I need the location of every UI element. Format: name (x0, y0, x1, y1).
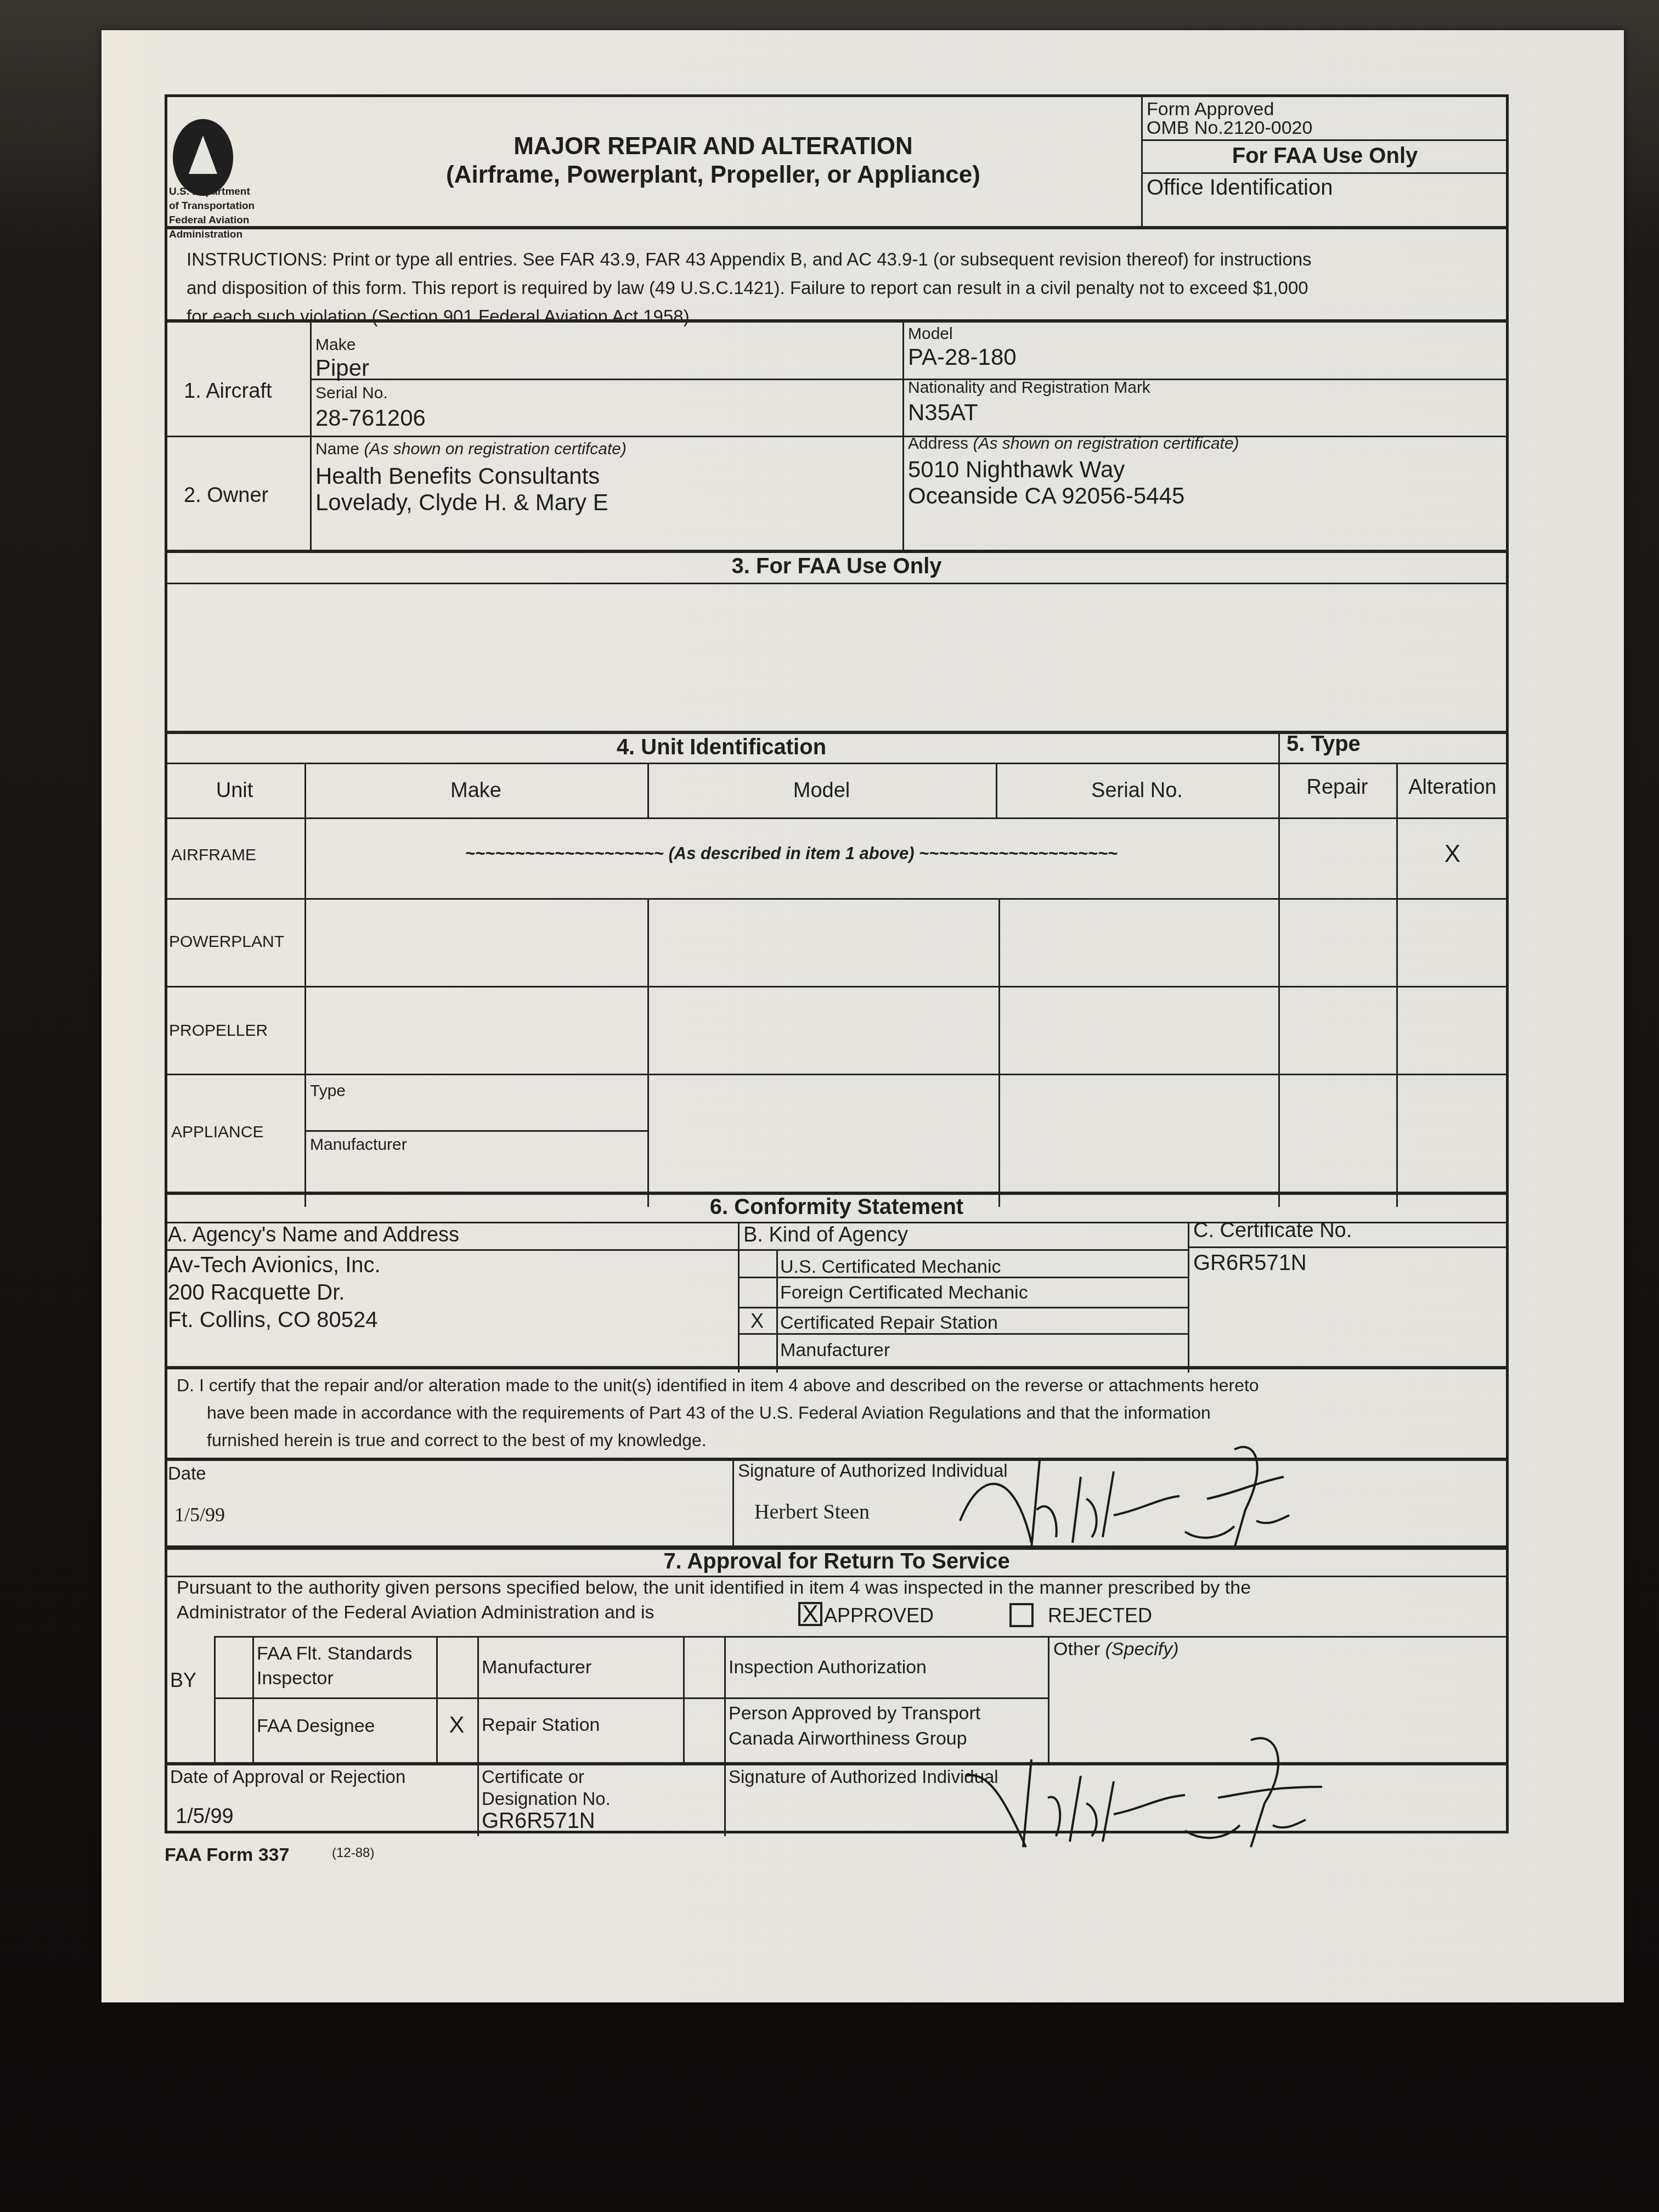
agency-name: U.S. Department of Transportation Federa… (169, 185, 255, 242)
kind-us-mechanic-label: U.S. Certificated Mechanic (780, 1256, 1001, 1278)
conformity-title: 6. Conformity Statement (165, 1195, 1509, 1220)
agency-name-line1[interactable]: Av-Tech Avionics, Inc. (168, 1253, 381, 1278)
approval-signature-icon[interactable] (966, 1732, 1459, 1853)
unit-appliance-label: APPLIANCE (171, 1123, 263, 1142)
owner-name-label-note: (As shown on registration certifcate) (364, 440, 627, 458)
col-header-unit: Unit (165, 779, 304, 803)
unit-propeller-label: PROPELLER (169, 1022, 268, 1040)
appliance-model-field[interactable] (650, 1076, 996, 1205)
owner-section-label: 2. Owner (184, 484, 268, 507)
approved-checkbox[interactable]: X (798, 1602, 822, 1626)
faa-use-only-section-title: 3. For FAA Use Only (165, 554, 1509, 579)
instructions: INSTRUCTIONS: Print or type all entries.… (187, 245, 1481, 331)
registration-field[interactable]: N35AT (908, 399, 978, 426)
approval-date-label: Date of Approval or Rejection (170, 1767, 405, 1787)
make-field[interactable]: Piper (315, 355, 369, 381)
office-identification-label: Office Identification (1147, 176, 1333, 200)
unit-identification-title: 4. Unit Identification (165, 735, 1278, 760)
owner-name-label-text: Name (315, 440, 359, 458)
agency-line: Administration (169, 228, 255, 242)
owner-address-label-note: (As shown on registration certificate) (973, 435, 1239, 453)
unit-powerplant-label: POWERPLANT (169, 933, 284, 951)
form-number: FAA Form 337 (165, 1844, 289, 1866)
other-specify-label: Other (Specify) (1053, 1639, 1179, 1660)
pursuant-line2: Administrator of the Federal Aviation Ad… (177, 1602, 654, 1623)
agency-address-line3[interactable]: Ft. Collins, CO 80524 (168, 1308, 377, 1333)
faa-use-only-area[interactable] (170, 585, 1503, 725)
signature-icon[interactable] (949, 1444, 1443, 1554)
airframe-description: ~~~~~~~~~~~~~~~~~~~~ (As described in it… (304, 844, 1278, 864)
airframe-alteration-mark[interactable]: X (1396, 840, 1509, 868)
rejected-checkbox[interactable] (1009, 1603, 1034, 1627)
model-field[interactable]: PA-28-180 (908, 344, 1017, 370)
owner-name-line2[interactable]: Lovelady, Clyde H. & Mary E (315, 489, 608, 516)
certification-line: D. I certify that the repair and/or alte… (177, 1372, 1493, 1399)
form-title: MAJOR REPAIR AND ALTERATION (274, 133, 1152, 160)
by-faa-designee-label: FAA Designee (257, 1716, 375, 1737)
form-subtitle: (Airframe, Powerplant, Propeller, or App… (274, 161, 1152, 189)
make-label: Make (315, 336, 356, 354)
kind-manufacturer-label: Manufacturer (780, 1340, 890, 1361)
appliance-type-label: Type (310, 1082, 346, 1101)
owner-address-label-text: Address (908, 435, 968, 453)
instructions-line: and disposition of this form. This repor… (187, 274, 1481, 302)
by-label: BY (170, 1669, 196, 1692)
powerplant-model-field[interactable] (650, 901, 996, 983)
aircraft-section-label: 1. Aircraft (184, 380, 272, 403)
approval-signature-label: Signature of Authorized Individual (729, 1767, 998, 1787)
omb-number: OMB No.2120-0020 (1147, 117, 1312, 139)
model-label: Model (908, 325, 953, 343)
by-manufacturer-label: Manufacturer (482, 1657, 591, 1678)
col-header-alteration: Alteration (1396, 776, 1509, 799)
form-revision: (12-88) (332, 1846, 374, 1861)
faa-use-only-header: For FAA Use Only (1141, 144, 1509, 168)
propeller-serial-field[interactable] (1001, 989, 1276, 1071)
agency-line: U.S. Department (169, 185, 255, 199)
appliance-manufacturer-label: Manufacturer (310, 1136, 407, 1154)
by-inspection-authorization-label: Inspection Authorization (729, 1657, 927, 1678)
signer-name: Herbert Steen (754, 1500, 870, 1524)
certification-statement: D. I certify that the repair and/or alte… (177, 1372, 1493, 1454)
col-header-repair: Repair (1278, 776, 1396, 799)
serial-label: Serial No. (315, 384, 388, 403)
designation-label-line1: Certificate or (482, 1767, 584, 1787)
owner-address-line1[interactable]: 5010 Nighthawk Way (908, 456, 1125, 483)
by-repair-station-label: Repair Station (482, 1714, 600, 1736)
certificate-no-label: C. Certificate No. (1193, 1219, 1352, 1243)
other-note: (Specify) (1105, 1639, 1179, 1660)
certificate-no-field[interactable]: GR6R571N (1193, 1251, 1307, 1276)
faa-form-337: U.S. Department of Transportation Federa… (165, 94, 1509, 1839)
approved-label: APPROVED (824, 1604, 934, 1627)
agency-address-line2[interactable]: 200 Racquette Dr. (168, 1280, 345, 1305)
registration-label: Nationality and Registration Mark (908, 379, 1150, 397)
serial-field[interactable]: 28-761206 (315, 405, 426, 431)
instructions-line: INSTRUCTIONS: Print or type all entries.… (187, 245, 1481, 274)
kind-foreign-mechanic-label: Foreign Certificated Mechanic (780, 1282, 1028, 1304)
kind-repair-station-mark[interactable]: X (738, 1310, 776, 1333)
agency-line: of Transportation (169, 199, 255, 213)
by-repair-station-mark[interactable]: X (436, 1712, 477, 1738)
by-flight-standards-label: FAA Flt. Standards Inspector (257, 1641, 435, 1691)
col-header-serial: Serial No. (996, 779, 1278, 803)
kind-repair-station-label: Certificated Repair Station (780, 1312, 998, 1334)
approval-title: 7. Approval for Return To Service (165, 1549, 1509, 1574)
owner-address-label: Address (As shown on registration certif… (908, 435, 1239, 453)
rejected-label: REJECTED (1048, 1604, 1152, 1627)
owner-name-label: Name (As shown on registration certifcat… (315, 440, 627, 459)
agency-name-label: A. Agency's Name and Address (168, 1223, 459, 1247)
pursuant-line1: Pursuant to the authority given persons … (177, 1577, 1251, 1599)
unit-airframe-label: AIRFRAME (171, 846, 256, 865)
conformity-date-label: Date (168, 1463, 206, 1484)
designation-no-field[interactable]: GR6R571N (482, 1809, 595, 1833)
designation-label-line2: Designation No. (482, 1788, 611, 1809)
propeller-model-field[interactable] (650, 989, 996, 1071)
powerplant-serial-field[interactable] (1001, 901, 1276, 983)
type-title: 5. Type (1286, 732, 1361, 757)
col-header-make: Make (304, 779, 647, 803)
conformity-date-field[interactable]: 1/5/99 (174, 1503, 225, 1526)
powerplant-make-field[interactable] (307, 901, 645, 983)
kind-of-agency-label: B. Kind of Agency (743, 1223, 908, 1247)
other-label: Other (1053, 1639, 1100, 1660)
propeller-make-field[interactable] (307, 989, 645, 1071)
certification-line: have been made in accordance with the re… (177, 1399, 1493, 1426)
owner-name-line1[interactable]: Health Benefits Consultants (315, 463, 600, 489)
col-header-model: Model (647, 779, 996, 803)
owner-address-line2[interactable]: Oceanside CA 92056-5445 (908, 483, 1184, 509)
instructions-line: for each such violation (Section 901 Fed… (187, 302, 1481, 331)
approval-date-field[interactable]: 1/5/99 (176, 1805, 234, 1829)
appliance-serial-field[interactable] (1001, 1076, 1276, 1205)
